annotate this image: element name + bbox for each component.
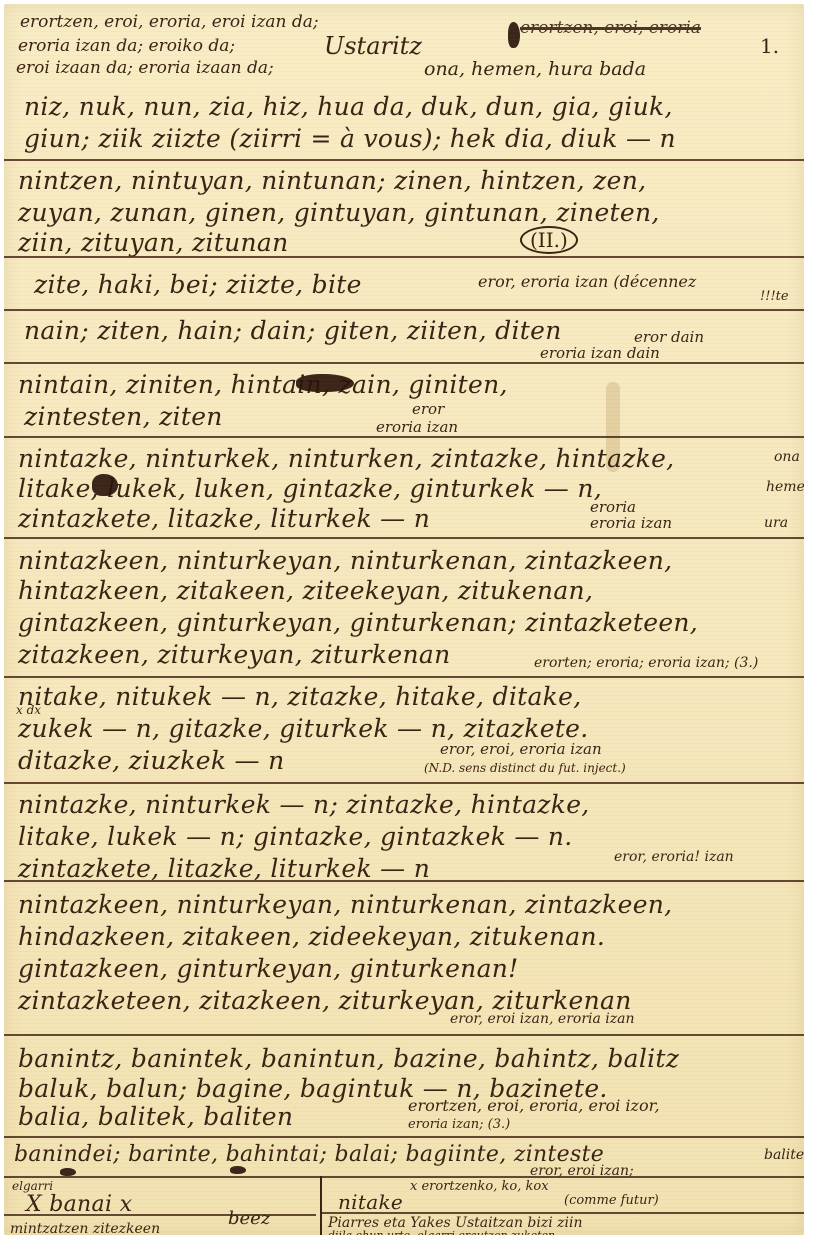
- divider: [4, 676, 804, 678]
- header-demonstratives: ona, hemen, hura bada: [424, 60, 646, 79]
- s9-note: eror, eroria! izan: [614, 850, 734, 864]
- divider: [4, 537, 804, 539]
- s9-line-3: zintazkete, litazke, liturkek — n: [18, 856, 430, 881]
- s6-line-3: zintazkete, litazke, liturkek — n: [18, 506, 430, 531]
- header-place: Ustaritz: [324, 34, 422, 58]
- s3-line-1: zite, haki, bei; ziizte, bite: [34, 272, 362, 297]
- header-line-3: eroi izaan da; eroria izaan da;: [16, 60, 274, 77]
- s10-line-1: nintazkeen, ninturkeyan, ninturkenan, zi…: [18, 892, 672, 917]
- footer-column-divider: [320, 1176, 322, 1235]
- s4-note-top: eror dain: [634, 330, 704, 345]
- divider: [4, 436, 804, 438]
- s9-line-1: nintazke, ninturkek — n; zintazke, hinta…: [18, 792, 590, 817]
- s8-line-2: zukek — n, gitazke, giturkek — n, zitazk…: [18, 716, 589, 741]
- divider: [4, 309, 804, 311]
- footer-right-note: (comme futur): [564, 1194, 659, 1207]
- s10-note: eror, eroi izan, eroria izan: [450, 1012, 635, 1026]
- s6-margin-note-1: ona: [774, 450, 800, 464]
- ink-blot: [230, 1166, 246, 1174]
- s6-bracket-note-1: eroria: [590, 500, 636, 515]
- s4-line-1: nain; ziten, hain; dain; giten, ziiten, …: [24, 318, 562, 343]
- s12-line-1: banindei; barinte, bahintai; balai; bagi…: [14, 1144, 604, 1166]
- s10-line-3: gintazkeen, ginturkeyan, ginturkenan!: [18, 956, 519, 981]
- footer-right-line: Piarres eta Yakes Ustaitzan bizi ziin: [328, 1216, 583, 1230]
- s10-line-4: zintazketeen, zitazkeen, ziturkeyan, zit…: [18, 988, 632, 1013]
- s7-line-3: gintazkeen, ginturkeyan, ginturkenan; zi…: [18, 610, 698, 635]
- ink-blot: [296, 374, 354, 392]
- ink-blot: [92, 474, 118, 496]
- s7-line-4: zitazkeen, ziturkeyan, ziturkenan: [18, 642, 450, 667]
- footer-left-bottom: mintzatzen zitezkeen: [10, 1222, 160, 1235]
- section-label-ii: (II.): [520, 226, 578, 254]
- s5-line-2: zintesten, ziten: [24, 404, 223, 429]
- divider: [4, 782, 804, 784]
- s11-note-2: eroria izan; (3.): [408, 1118, 510, 1131]
- s2-line-2: zuyan, zunan, ginen, gintuyan, gintunan,…: [18, 200, 660, 225]
- s5-line-1: nintain, ziniten, hintain, zain, giniten…: [18, 372, 508, 397]
- s6-bracket-note-2: eroria izan: [590, 516, 672, 531]
- divider: [4, 1136, 804, 1138]
- s6-line-1: nintazke, ninturkek, ninturken, zintazke…: [18, 446, 674, 471]
- s7-line-1: nintazkeen, ninturkeyan, ninturkenan, zi…: [18, 548, 672, 573]
- s3-note: eror, eroria izan (décennez: [478, 274, 696, 290]
- s5-note-bottom: eroria izan: [376, 420, 458, 435]
- s1-line-2: giun; ziik ziizte (ziirri = à vous); hek…: [24, 126, 676, 151]
- divider: [4, 362, 804, 364]
- footer-left-top: elgarri: [12, 1180, 53, 1192]
- s5-note-top: eror: [412, 402, 444, 417]
- s6-margin-note-3: ura: [764, 516, 788, 530]
- footer-left-extra: beez: [228, 1210, 270, 1228]
- struck-text: erortzen, eroi, eroria: [520, 20, 701, 37]
- s3-note-2: !!!te: [760, 290, 789, 303]
- s1-line-1: niz, nuk, nun, zia, hiz, hua da, duk, du…: [24, 94, 673, 119]
- ink-blot: [60, 1168, 76, 1176]
- s2-line-1: nintzen, nintuyan, nintunan; zinen, hint…: [18, 168, 646, 193]
- s10-line-2: hindazkeen, zitakeen, zideekeyan, zituke…: [18, 924, 605, 949]
- s8-note: eror, eroi, eroria izan: [440, 742, 602, 757]
- s11-line-3: balia, balitek, baliten: [18, 1104, 293, 1129]
- footer-right-main: nitake: [338, 1192, 403, 1212]
- s9-line-2: litake, lukek — n; gintazke, gintazkek —…: [18, 824, 573, 849]
- divider: [4, 1034, 804, 1036]
- s7-note: erorten; eroria; eroria izan; (3.): [534, 656, 758, 670]
- s7-line-2: hintazkeen, zitakeen, ziteekeyan, zituke…: [18, 578, 593, 603]
- s11-line-1: banintz, banintek, banintun, bazine, bah…: [18, 1046, 679, 1071]
- s8-note-2: (N.D. sens distinct du fut. inject.): [424, 762, 626, 774]
- divider: [4, 159, 804, 161]
- page-number: 1.: [760, 36, 779, 56]
- divider: [4, 1176, 804, 1178]
- s8-line-3: ditazke, ziuzkek — n: [18, 748, 285, 773]
- s12-margin: balite: [764, 1148, 804, 1162]
- s11-note: erortzen, eroi, eroria, eroi izor,: [408, 1098, 660, 1114]
- s8-line-1: nitake, nitukek — n, zitazke, hitake, di…: [18, 684, 581, 709]
- header-line-2: eroria izan da; eroiko da;: [18, 38, 235, 55]
- divider: [4, 256, 804, 258]
- divider: [322, 1212, 804, 1214]
- s2-line-3: ziin, zituyan, zitunan: [18, 230, 289, 255]
- header-line-1: erortzen, eroi, eroria, eroi izan da;: [20, 14, 319, 31]
- footer-right-super: x erortzenko, ko, kox: [410, 1180, 549, 1193]
- s4-note-bottom: eroria izan dain: [540, 346, 660, 361]
- footer-left-main: X banai x: [26, 1194, 132, 1216]
- manuscript-page: erortzen, eroi, eroria, eroi izan da; er…: [4, 4, 804, 1235]
- divider: [4, 880, 804, 882]
- s6-margin-note-2: hemen: [766, 480, 804, 494]
- footer-right-line-2: diila ehun urte, elgarri erautzen zukete…: [328, 1230, 555, 1235]
- ink-blot: [508, 22, 520, 48]
